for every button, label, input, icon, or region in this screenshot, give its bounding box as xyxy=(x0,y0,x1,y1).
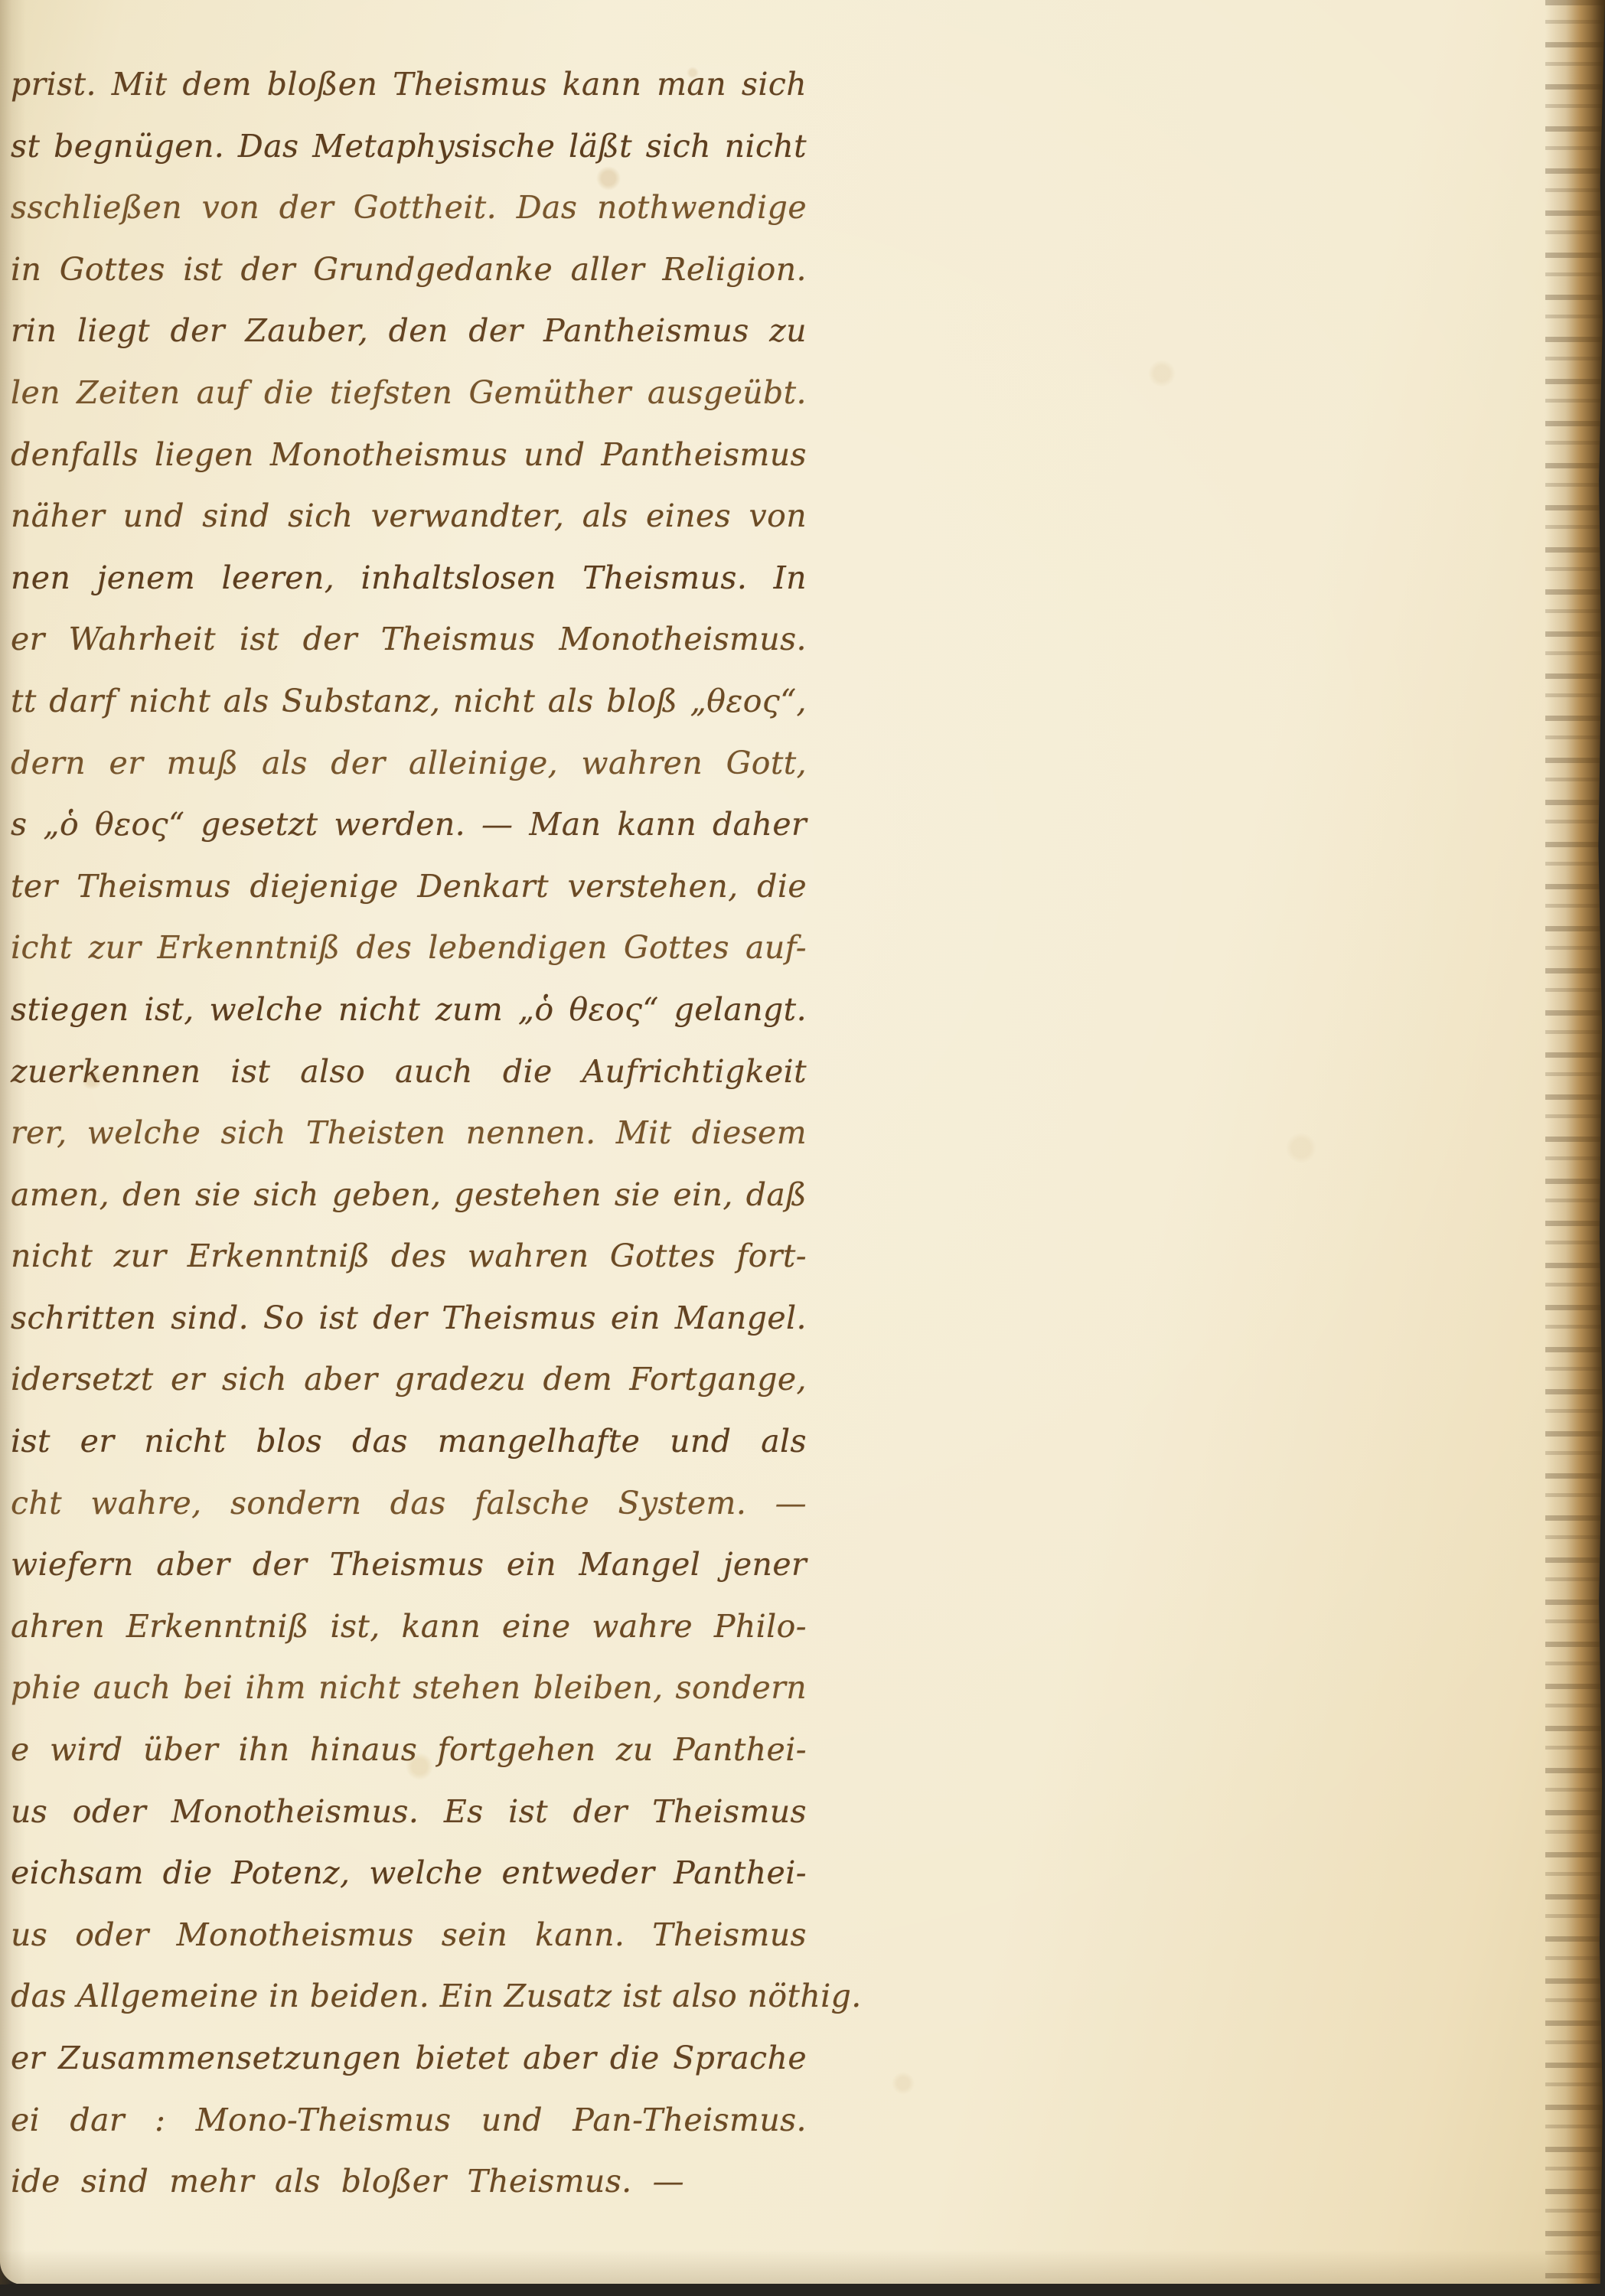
handwritten-line: prist. Mit dem bloßen Theismus kann man … xyxy=(11,54,807,116)
handwritten-line: ahren Erkenntniß ist, kann eine wahre Ph… xyxy=(11,1596,807,1658)
handwritten-line: ist er nicht blos das mangelhafte und al… xyxy=(11,1411,807,1473)
handwritten-line: len Zeiten auf die tiefsten Gemüther aus… xyxy=(11,362,807,424)
handwritten-line: st begnügen. Das Metaphysische läßt sich… xyxy=(11,116,807,178)
handwritten-line: ei dar : Mono-Theismus und Pan-Theismus. xyxy=(11,2089,807,2151)
handwritten-line: cht wahre, sondern das falsche System. — xyxy=(11,1473,807,1534)
handwritten-line: schritten sind. So ist der Theismus ein … xyxy=(11,1287,807,1349)
handwritten-line: das Allgemeine in beiden. Ein Zusatz ist… xyxy=(11,1965,807,2027)
handwritten-line: phie auch bei ihm nicht stehen bleiben, … xyxy=(11,1657,807,1719)
handwritten-line: er Wahrheit ist der Theismus Monotheismu… xyxy=(11,608,807,670)
handwritten-line: ide sind mehr als bloßer Theismus. — xyxy=(11,2151,684,2213)
handwritten-line: e wird über ihn hinaus fortgehen zu Pant… xyxy=(11,1719,807,1781)
handwritten-line: tt darf nicht als Substanz, nicht als bl… xyxy=(11,670,807,732)
handwritten-line: us oder Monotheismus. Es ist der Theismu… xyxy=(11,1781,807,1843)
handwritten-line: rin liegt der Zauber, den der Pantheismu… xyxy=(11,300,807,362)
handwritten-line: dern er muß als der alleinige, wahren Go… xyxy=(11,732,807,794)
table-surface xyxy=(0,2284,1605,2296)
handwritten-line: nicht zur Erkenntniß des wahren Gottes f… xyxy=(11,1225,807,1287)
handwritten-line: rer, welche sich Theisten nennen. Mit di… xyxy=(11,1102,807,1164)
handwritten-line: wiefern aber der Theismus ein Mangel jen… xyxy=(11,1534,807,1596)
page-deckle-edge xyxy=(1545,0,1605,2287)
handwritten-line: zuerkennen ist also auch die Aufrichtigk… xyxy=(11,1041,807,1103)
handwritten-line: stiegen ist, welche nicht zum „ὁ θεος“ g… xyxy=(11,979,807,1041)
text-column: prist. Mit dem bloßen Theismus kann man … xyxy=(11,54,807,2213)
handwritten-line: eichsam die Potenz, welche entweder Pant… xyxy=(11,1842,807,1904)
handwritten-line: nen jenem leeren, inhaltslosen Theismus.… xyxy=(11,547,807,609)
handwritten-line: denfalls liegen Monotheismus und Panthei… xyxy=(11,424,807,486)
handwritten-line: in Gottes ist der Grundgedanke aller Rel… xyxy=(11,239,807,301)
handwritten-line: icht zur Erkenntniß des lebendigen Gotte… xyxy=(11,917,807,979)
handwritten-line: er Zusammensetzungen bietet aber die Spr… xyxy=(11,2027,807,2089)
handwritten-line: ter Theismus diejenige Denkart verstehen… xyxy=(11,856,807,918)
scan-backdrop: prist. Mit dem bloßen Theismus kann man … xyxy=(0,0,1605,2296)
handwritten-line: s „ὁ θεος“ gesetzt werden. — Man kann da… xyxy=(11,794,807,856)
handwritten-line: sschließen von der Gottheit. Das nothwen… xyxy=(11,177,807,239)
handwritten-line: näher und sind sich verwandter, als eine… xyxy=(11,485,807,547)
handwritten-line: idersetzt er sich aber gradezu dem Fortg… xyxy=(11,1349,807,1411)
handwritten-line: us oder Monotheismus sein kann. Theismus xyxy=(11,1904,807,1966)
handwritten-line: amen, den sie sich geben, gestehen sie e… xyxy=(11,1164,807,1226)
